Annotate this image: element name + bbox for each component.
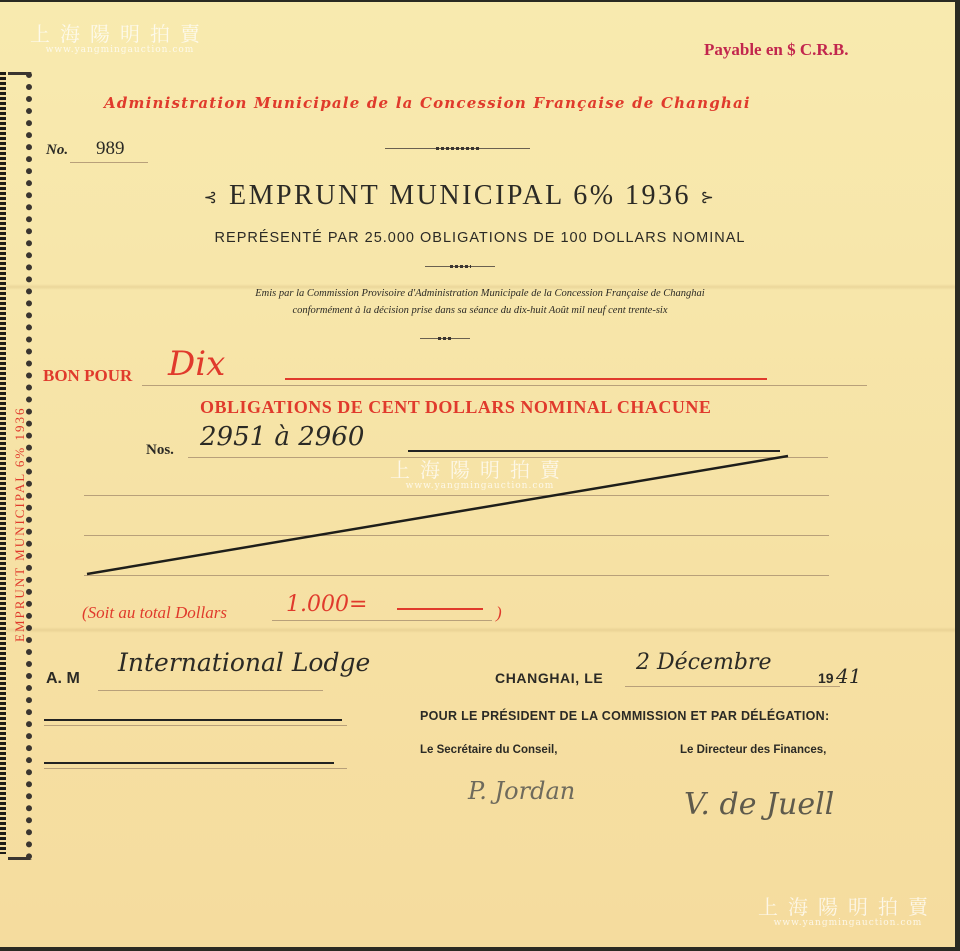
secretary-title: Le Secrétaire du Conseil, bbox=[420, 744, 557, 756]
recipient-label: A. M bbox=[46, 670, 80, 688]
total-label: (Soit au total Dollars bbox=[82, 603, 227, 623]
total-amount: 1.000= bbox=[286, 592, 367, 617]
recipient-rule bbox=[44, 768, 347, 769]
date-value: 2 Décembre bbox=[636, 650, 771, 675]
date-rule bbox=[625, 686, 840, 687]
total-strike bbox=[397, 608, 483, 610]
total-rule bbox=[272, 620, 492, 621]
recipient-name: International Lodge bbox=[118, 648, 370, 677]
place-label: CHANGHAI, LE bbox=[495, 670, 603, 686]
recipient-rule bbox=[98, 690, 323, 691]
secretary-signature: P. Jordan bbox=[468, 777, 575, 805]
total-close: ) bbox=[496, 603, 502, 623]
bond-certificate: EMPRUNT MUNICIPAL 6% 1936 上海陽明拍賣 www.yan… bbox=[0, 2, 955, 947]
year-value: 41 bbox=[836, 664, 861, 688]
delegation-line: POUR LE PRÉSIDENT DE LA COMMISSION ET PA… bbox=[420, 709, 829, 723]
recipient-line-2 bbox=[44, 719, 342, 721]
recipient-line-3 bbox=[44, 762, 334, 764]
recipient-rule bbox=[44, 725, 347, 726]
director-title: Le Directeur des Finances, bbox=[680, 744, 826, 756]
director-signature: V. de Juell bbox=[684, 787, 834, 822]
year-prefix: 19 bbox=[818, 670, 834, 686]
